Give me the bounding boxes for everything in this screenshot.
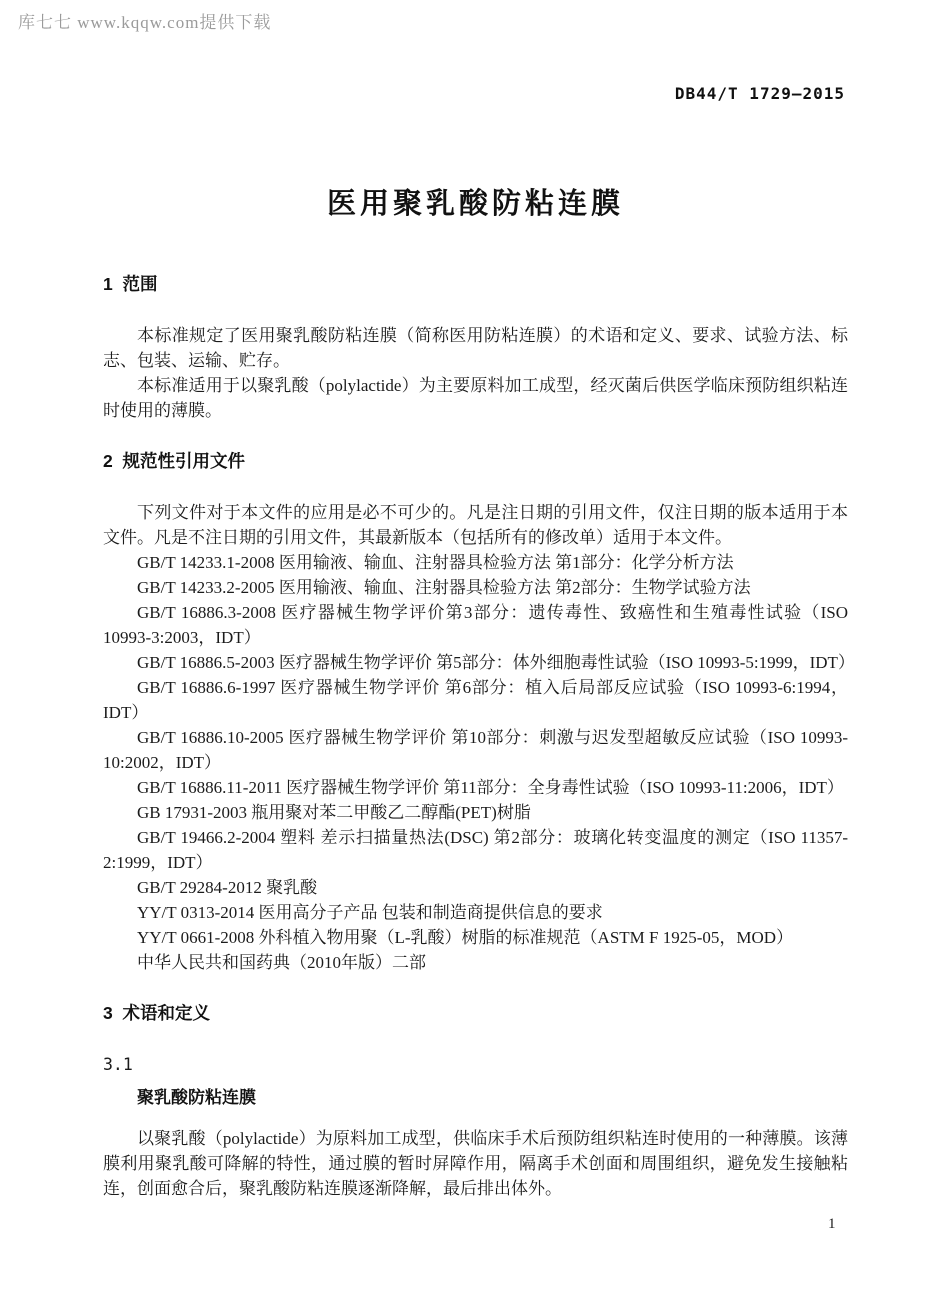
reference-item: GB/T 14233.2-2005 医用输液、输血、注射器具检验方法 第2部分：… — [103, 575, 848, 600]
clause-number: 3.1 — [103, 1052, 848, 1077]
reference-item: GB/T 16886.11-2011 医疗器械生物学评价 第11部分：全身毒性试… — [103, 775, 848, 800]
term-heading: 聚乳酸防粘连膜 — [103, 1085, 848, 1110]
reference-item: GB/T 16886.6-1997 医疗器械生物学评价 第6部分：植入后局部反应… — [103, 675, 848, 725]
document-content: 医用聚乳酸防粘连膜 1 范围 本标准规定了医用聚乳酸防粘连膜（简称医用防粘连膜）… — [103, 0, 848, 1201]
document-title: 医用聚乳酸防粘连膜 — [103, 186, 848, 222]
document-page: 库七七 www.kqqw.com提供下载 DB44/T 1729—2015 医用… — [0, 0, 950, 1313]
reference-item: GB/T 29284-2012 聚乳酸 — [103, 875, 848, 900]
page-number: 1 — [828, 1216, 836, 1233]
reference-item: GB/T 16886.10-2005 医疗器械生物学评价 第10部分：刺激与迟发… — [103, 725, 848, 775]
reference-item: GB/T 19466.2-2004 塑料 差示扫描量热法(DSC) 第2部分：玻… — [103, 825, 848, 875]
section-heading-scope: 1 范围 — [103, 272, 848, 297]
reference-item: 中华人民共和国药典（2010年版）二部 — [103, 950, 848, 975]
reference-item: YY/T 0313-2014 医用高分子产品 包装和制造商提供信息的要求 — [103, 900, 848, 925]
reference-item: GB/T 16886.3-2008 医疗器械生物学评价第3部分：遗传毒性、致癌性… — [103, 600, 848, 650]
scope-paragraph: 本标准适用于以聚乳酸（polylactide）为主要原料加工成型，经灭菌后供医学… — [103, 373, 848, 423]
scope-paragraph: 本标准规定了医用聚乳酸防粘连膜（简称医用防粘连膜）的术语和定义、要求、试验方法、… — [103, 323, 848, 373]
section-heading-terms-definitions: 3 术语和定义 — [103, 1001, 848, 1026]
reference-item: YY/T 0661-2008 外科植入物用聚（L-乳酸）树脂的标准规范（ASTM… — [103, 925, 848, 950]
section-heading-normative-references: 2 规范性引用文件 — [103, 449, 848, 474]
reference-item: GB/T 14233.1-2008 医用输液、输血、注射器具检验方法 第1部分：… — [103, 550, 848, 575]
term-definition-paragraph: 以聚乳酸（polylactide）为原料加工成型，供临床手术后预防组织粘连时使用… — [103, 1126, 848, 1201]
reference-item: GB/T 16886.5-2003 医疗器械生物学评价 第5部分：体外细胞毒性试… — [103, 650, 848, 675]
reference-item: GB 17931-2003 瓶用聚对苯二甲酸乙二醇酯(PET)树脂 — [103, 800, 848, 825]
references-intro-paragraph: 下列文件对于本文件的应用是必不可少的。凡是注日期的引用文件，仅注日期的版本适用于… — [103, 500, 848, 550]
